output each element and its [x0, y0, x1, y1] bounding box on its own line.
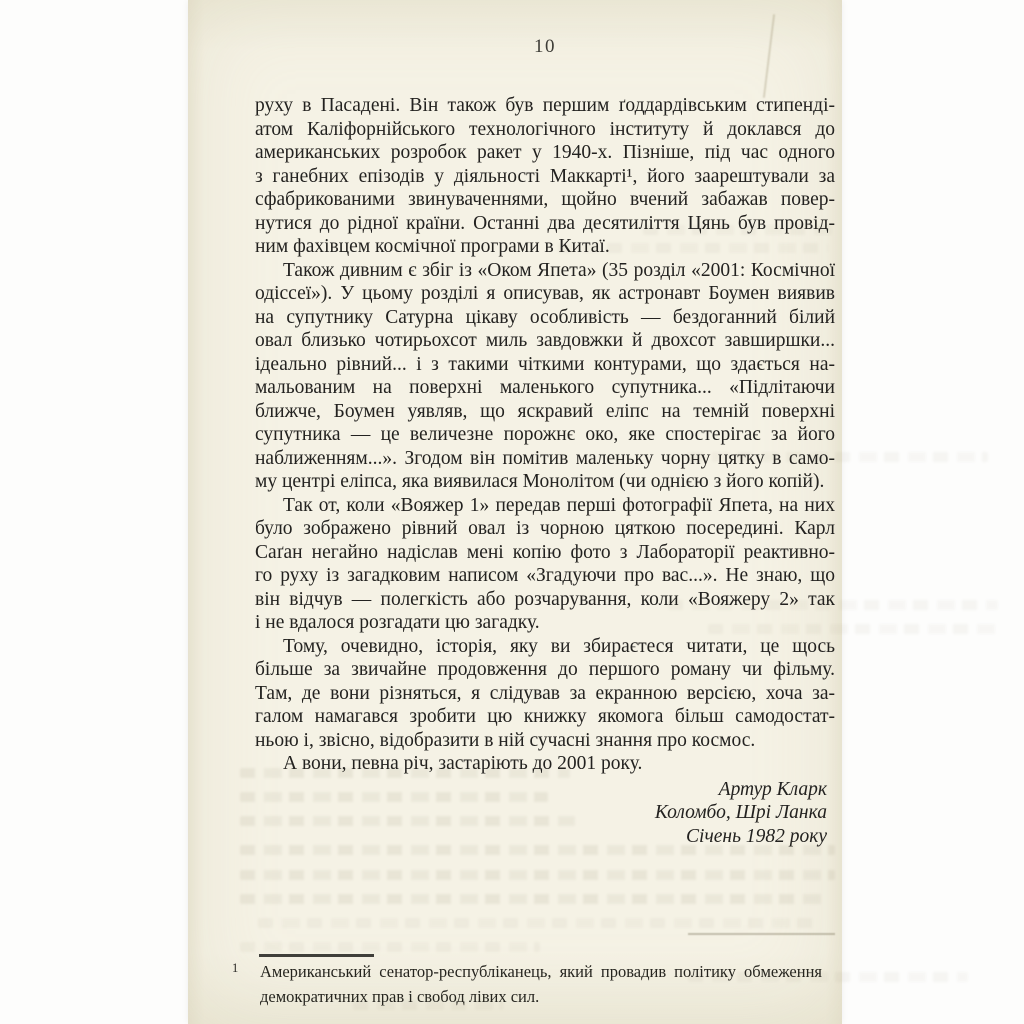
text-line: з ганебних епізодів у діяльності Маккарт…	[255, 165, 835, 189]
text-line: сфабрикованими звинуваченнями, щойно вче…	[255, 188, 835, 212]
signature-date: Січень 1982 року	[255, 825, 827, 849]
bleed-through	[240, 894, 828, 904]
footnote-marker: 1	[232, 961, 238, 976]
text-line: він відчув — полегкість або розчарування…	[255, 588, 835, 612]
signature-author: Артур Кларк	[255, 778, 827, 802]
text-line: му центрі еліпса, яка виявилася Моноліто…	[255, 470, 835, 494]
text-line: і не вдалося розгадати цю загадку.	[255, 611, 835, 635]
text-line: атом Каліфорнійського технологічного інс…	[255, 118, 835, 142]
text-line: нутися до рідної країни. Останні два дес…	[255, 212, 835, 236]
bleed-through	[258, 918, 818, 928]
text-line: ньою і, звісно, відобразити в ній сучасн…	[255, 729, 835, 753]
bleed-through	[240, 942, 540, 952]
text-line: ідеально рівний... і з такими чіткими ко…	[255, 353, 835, 377]
text-line: більше за звичайне продовження до першог…	[255, 658, 835, 682]
body-text: руху в Пасадені. Він також був першим ґо…	[255, 94, 835, 848]
text-line: було зображено рівний овал із чорною цят…	[255, 517, 835, 541]
text-line: Саґан негайно надіслав мені копію фото з…	[255, 541, 835, 565]
text-line: го руху із загадковим написом «Згадуючи …	[255, 564, 835, 588]
signature-place: Коломбо, Шрі Ланка	[255, 801, 827, 825]
text-line: Також дивним є збіг із «Оком Япета» (35 …	[255, 259, 835, 283]
text-line: ближче, Боумен уявляв, що яскравий еліпс…	[255, 400, 835, 424]
bleed-through	[240, 870, 835, 880]
bleed-through-rule	[688, 933, 835, 935]
book-page: 10 руху в Пасадені. Він також був першим…	[188, 0, 842, 1024]
text-line: А вони, певна річ, застаріють до 2001 ро…	[255, 752, 835, 776]
text-line: Там, де вони різняться, я слідував за ек…	[255, 682, 835, 706]
footnote-separator	[259, 954, 374, 957]
footnote: Американський сенатор-республіканець, як…	[260, 960, 822, 1009]
text-line: Так от, коли «Вояжер 1» передав перші фо…	[255, 494, 835, 518]
text-line: наближенням...». Згодом він помітив мале…	[255, 447, 835, 471]
text-line: супутника — це величезне порожнє око, як…	[255, 423, 835, 447]
footnote-text-line: демократичних прав і свобод лівих сил.	[260, 985, 822, 1010]
footnote-text-line: Американський сенатор-республіканець, як…	[260, 960, 822, 985]
text-line: одіссеї»). У цьому розділі я описував, я…	[255, 282, 835, 306]
author-signature: Артур Кларк Коломбо, Шрі Ланка Січень 19…	[255, 778, 835, 849]
text-line: на супутнику Сатурна цікаву особливість …	[255, 306, 835, 330]
page-number: 10	[255, 36, 835, 58]
text-line: ним фахівцем космічної програми в Китаї.	[255, 235, 835, 259]
screenshot-root: { "page": { "number": "10", "paragraphs"…	[0, 0, 1024, 1024]
text-line: Тому, очевидно, історія, яку ви збираєте…	[255, 635, 835, 659]
text-line: овал близько чотирьохсот миль завдовжки …	[255, 329, 835, 353]
text-line: руху в Пасадені. Він також був першим ґо…	[255, 94, 835, 118]
text-line: американських розробок ракет у 1940-х. П…	[255, 141, 835, 165]
text-line: галом намагався зробити цю книжку якомог…	[255, 705, 835, 729]
text-line: мальованим на поверхні маленького супутн…	[255, 376, 835, 400]
